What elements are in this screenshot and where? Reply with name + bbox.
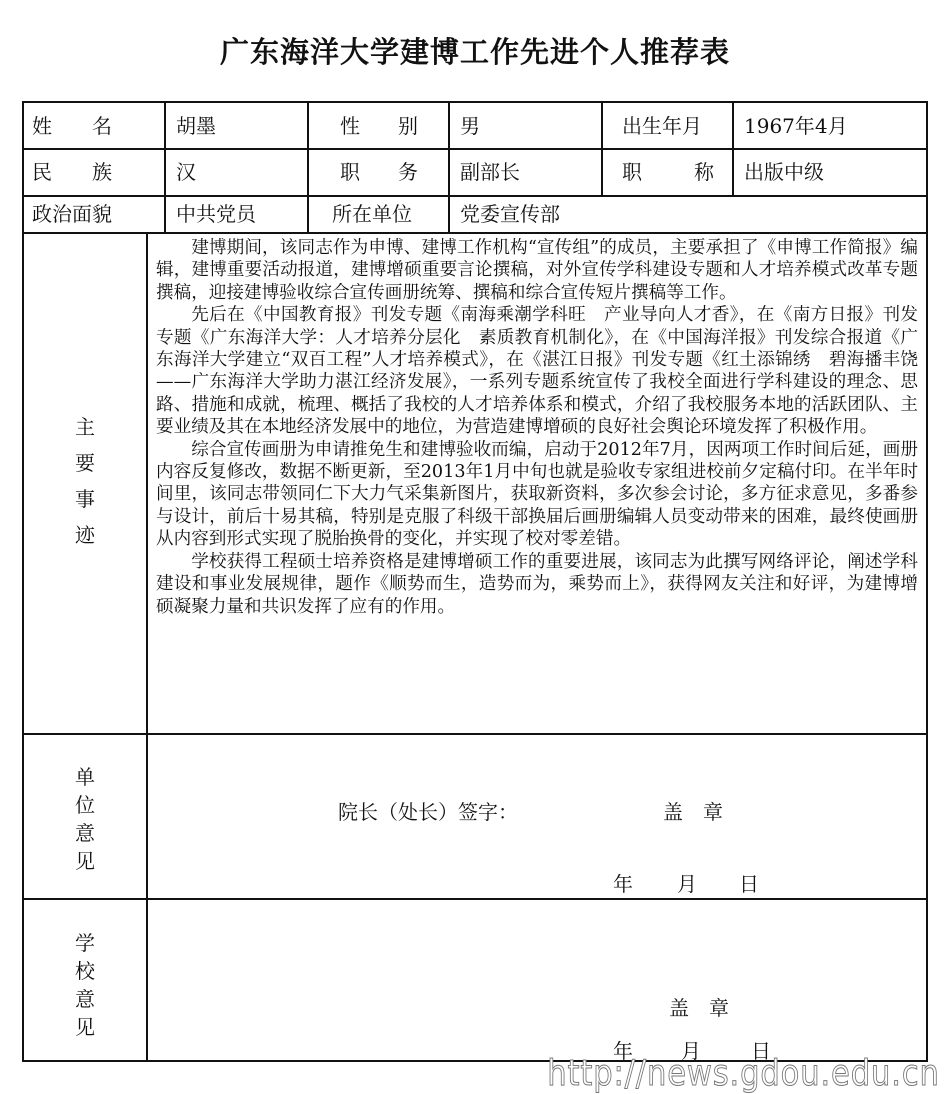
col-divider — [164, 103, 166, 232]
label-title-rank: 职 称 — [622, 149, 714, 195]
value-department: 党委宣传部 — [460, 196, 560, 232]
col-divider — [732, 103, 734, 195]
source-watermark: http://news.gdou.edu.cn — [548, 1053, 940, 1094]
deeds-paragraph: 先后在《中国教育报》刊发专题《南海乘潮学科旺 产业导向人才香》，在《南方日报》刊… — [156, 304, 918, 438]
value-title-rank: 出版中级 — [744, 149, 824, 195]
dean-signature-label: 院长（处长）签字： — [338, 796, 518, 825]
label-char: 位 — [75, 795, 95, 815]
label-char: 称 — [694, 162, 714, 182]
label-char: 学 — [75, 933, 95, 953]
label-char: 要 — [75, 453, 95, 473]
label-ethnicity: 民 族 — [32, 149, 112, 195]
label-char: 别 — [398, 116, 418, 136]
col-divider — [448, 103, 450, 232]
value-political-status: 中共党员 — [176, 196, 256, 232]
recommendation-form-table: 姓 名 胡墨 性 别 男 出生年月 1967年4月 民 族 汉 职 务 副部长 … — [22, 101, 928, 1062]
row-divider — [24, 898, 926, 900]
label-main-deeds: 主 要 事 迹 — [24, 413, 146, 549]
deeds-paragraph: 学校获得工程硕士培养资格是建博增硕工作的重要进展，该同志为此撰写网络评论，阐述学… — [156, 551, 918, 618]
label-char: 务 — [398, 162, 418, 182]
label-char: 民 — [32, 162, 52, 182]
label-char: 事 — [75, 489, 95, 509]
label-gender: 性 别 — [340, 103, 418, 148]
label-name: 姓 名 — [32, 103, 112, 148]
label-char: 见 — [75, 1017, 95, 1037]
unit-seal-label: 盖 章 — [663, 796, 723, 825]
school-seal-label: 盖 章 — [669, 992, 729, 1021]
label-char: 职 — [340, 162, 360, 182]
document-title: 广东海洋大学建博工作先进个人推荐表 — [0, 30, 950, 71]
label-char: 校 — [75, 961, 95, 981]
value-position: 副部长 — [460, 149, 520, 195]
label-char: 意 — [75, 823, 95, 843]
label-position: 职 务 — [340, 149, 418, 195]
label-char: 性 — [340, 116, 360, 136]
col-divider — [307, 103, 309, 232]
col-divider — [601, 103, 603, 195]
label-char: 单 — [75, 767, 95, 787]
value-gender: 男 — [460, 103, 480, 148]
value-name: 胡墨 — [176, 103, 216, 148]
unit-opinion-date: 年 月 日 — [613, 868, 759, 897]
date-day: 日 — [739, 868, 759, 897]
value-birth-date: 1967年4月 — [744, 103, 848, 148]
label-char: 见 — [75, 851, 95, 871]
label-birth-date: 出生年月 — [622, 103, 702, 148]
label-char: 族 — [92, 162, 112, 182]
label-char: 姓 — [32, 116, 52, 136]
label-char: 意 — [75, 989, 95, 1009]
deeds-paragraph: 建博期间，该同志作为申博、建博工作机构“宣传组”的成员，主要承担了《申博工作简报… — [156, 237, 918, 304]
label-unit-opinion: 单 位 意 见 — [24, 763, 146, 875]
label-char: 迹 — [75, 525, 95, 545]
date-year: 年 — [613, 868, 633, 897]
deeds-paragraph: 综合宣传画册为申请推免生和建博验收而编，启动于2012年7月，因两项工作时间后延… — [156, 439, 918, 551]
label-char: 职 — [622, 162, 642, 182]
label-char: 主 — [75, 417, 95, 437]
label-department: 所在单位 — [332, 196, 412, 232]
label-char: 名 — [92, 116, 112, 136]
main-deeds-text: 建博期间，该同志作为申博、建博工作机构“宣传组”的成员，主要承担了《申博工作简报… — [148, 233, 926, 618]
value-ethnicity: 汉 — [176, 149, 196, 195]
label-school-opinion: 学 校 意 见 — [24, 929, 146, 1041]
row-divider — [24, 733, 926, 735]
label-political-status: 政治面貌 — [32, 196, 112, 232]
date-month: 月 — [677, 868, 697, 897]
